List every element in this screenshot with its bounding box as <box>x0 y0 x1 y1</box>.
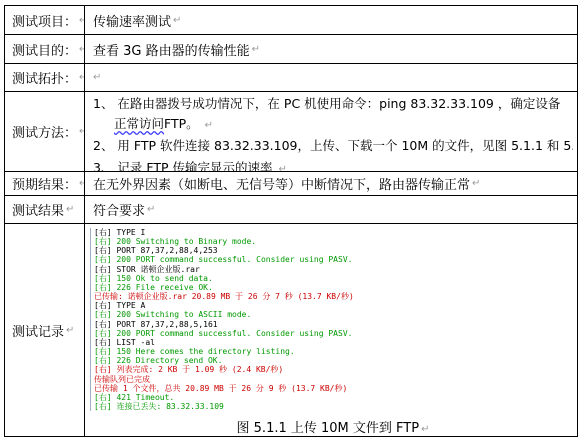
paragraph-mark: ↵ <box>66 204 74 215</box>
row-label-test-result: 测试结果 ↵ <box>5 196 85 223</box>
paragraph-mark: ↵ <box>421 424 429 435</box>
row-content-test-record: [右] TYPE I[右] 200 Switching to Binary mo… <box>85 224 577 436</box>
log-line: [右] 150 Here comes the directory listing… <box>94 347 573 356</box>
paragraph-mark: ↵ <box>205 120 213 131</box>
table-row-test-item: 测试项目： ↵ 传输速率测试 ↵ <box>5 6 577 34</box>
ftp-log: [右] TYPE I[右] 200 Switching to Binary mo… <box>90 228 573 411</box>
method-step-1: 1、 在路由器拨号成功情况下，在 PC 机使用命令：ping 83.32.33.… <box>93 94 573 114</box>
row-label-test-topology: 测试拓扑： ↵ <box>5 64 85 91</box>
method-step-3-text: 3、 记录 FTP 传输 <box>93 160 198 171</box>
log-line: [右] 200 PORT command successful. Conside… <box>94 255 573 264</box>
content-text: 查看 3G 路由器的传输性能 <box>93 40 250 59</box>
log-line: 传输队列已完成 <box>94 375 573 384</box>
method-step-2-text: 2、 用 FTP 软件连接 83.32.33.109，上传、下载一个 10M 的… <box>93 138 573 153</box>
method-step-1-text: 1、 在路由器拨号成功情况下，在 PC 机使用命令：ping 83.32.33.… <box>93 96 560 111</box>
row-content-test-topology: ↵ <box>85 64 577 91</box>
content-text: 传输速率测试 <box>93 11 171 30</box>
paragraph-mark: ↵ <box>93 72 101 83</box>
label-text: 测试记录 <box>12 321 64 340</box>
label-text: 测试目的： <box>12 40 77 59</box>
content-text: 符合要求 <box>93 200 145 219</box>
table-row-expected-result: 预期结果： ↵ 在无外界因素（如断电、无信号等）中断情况下，路由器传输正常 ↵ <box>5 171 577 195</box>
row-label-test-purpose: 测试目的： ↵ <box>5 35 85 63</box>
label-text: 测试项目： <box>12 11 77 30</box>
figure-caption: 图 5.1.1 上传 10M 文件到 FTP↵ <box>93 417 573 436</box>
row-content-test-purpose: 查看 3G 路由器的传输性能 ↵ <box>85 35 577 63</box>
label-text: 测试方法： <box>12 122 77 141</box>
test-report-table: 测试项目： ↵ 传输速率测试 ↵ 测试目的： ↵ 查看 3G 路由器的传输性能 … <box>4 5 578 437</box>
log-line: [右] 200 Switching to ASCII mode. <box>94 310 573 319</box>
table-row-test-topology: 测试拓扑： ↵ ↵ <box>5 63 577 91</box>
label-text: 测试拓扑： <box>12 68 77 87</box>
row-label-test-method: 测试方法： ↵ <box>5 92 85 171</box>
log-line: [右] 列表完成: 2 KB 于 1.09 秒 (2.4 KB/秒) <box>94 365 573 374</box>
table-row-test-purpose: 测试目的： ↵ 查看 3G 路由器的传输性能 ↵ <box>5 34 577 63</box>
row-content-test-item: 传输速率测试 ↵ <box>85 6 577 34</box>
log-line: [右] LIST -al <box>94 338 573 347</box>
row-label-expected-result: 预期结果： ↵ <box>5 172 85 195</box>
content-text: 在无外界因素（如断电、无信号等）中断情况下，路由器传输正常 <box>93 174 470 193</box>
row-content-expected-result: 在无外界因素（如断电、无信号等）中断情况下，路由器传输正常 ↵ <box>85 172 577 195</box>
paragraph-mark: ↵ <box>472 178 480 189</box>
log-line: [右] STOR 诺顿企业版.rar <box>94 265 573 274</box>
label-text: 预期结果： <box>12 174 77 193</box>
method-step-2: 2、 用 FTP 软件连接 83.32.33.109，上传、下载一个 10M 的… <box>93 136 573 158</box>
log-line: [右] TYPE I <box>94 228 573 237</box>
log-line: [右] 200 PORT command successful. Conside… <box>94 329 573 338</box>
log-line: 已传输 1 个文件，总共 20.89 MB 于 26 分 9 秒 (13.7 K… <box>94 384 573 393</box>
row-label-test-record: 测试记录 ↵ <box>5 224 85 436</box>
row-content-test-result: 符合要求 ↵ <box>85 196 577 223</box>
paragraph-mark: ↵ <box>252 44 260 55</box>
log-line: [右] 226 File receive OK. <box>94 283 573 292</box>
log-line: [右] 150 Ok to send data. <box>94 274 573 283</box>
paragraph-mark: ↵ <box>173 15 181 26</box>
method-step-3-tail: 的速率 <box>235 160 273 171</box>
grammar-underline: 正常访问 <box>114 116 164 131</box>
row-label-test-item: 测试项目： ↵ <box>5 6 85 34</box>
table-row-test-record: 测试记录 ↵ [右] TYPE I[右] 200 Switching to Bi… <box>5 223 577 436</box>
log-line: [右] 200 Switching to Binary mode. <box>94 237 573 246</box>
method-step-3: 3、 记录 FTP 传输完显示的速率 ↵ <box>93 158 573 171</box>
log-line: [右] 421 Timeout. <box>94 393 573 402</box>
paragraph-mark: ↵ <box>66 325 74 336</box>
grammar-underline: 完显示 <box>198 160 236 171</box>
row-content-test-method: 1、 在路由器拨号成功情况下，在 PC 机使用命令：ping 83.32.33.… <box>85 92 577 171</box>
table-row-test-result: 测试结果 ↵ 符合要求 ↵ <box>5 195 577 223</box>
log-line: [右] 连接已丢失: 83.32.33.109 <box>94 402 573 411</box>
figure-caption-text: 图 5.1.1 上传 10M 文件到 FTP <box>237 421 420 436</box>
label-text: 测试结果 <box>12 200 64 219</box>
method-step-1-wrap-text: FTP。 <box>164 116 199 131</box>
paragraph-mark: ↵ <box>279 164 287 171</box>
method-step-1-wrap: 正常访问FTP。 ↵ <box>93 114 573 136</box>
paragraph-mark: ↵ <box>147 204 155 215</box>
log-line: [右] PORT 87,37,2,88,5,161 <box>94 320 573 329</box>
log-line: [右] 226 Directory send OK. <box>94 356 573 365</box>
table-row-test-method: 测试方法： ↵ 1、 在路由器拨号成功情况下，在 PC 机使用命令：ping 8… <box>5 91 577 171</box>
log-line: 已传输: 诺顿企业版.rar 20.89 MB 于 26 分 7 秒 (13.7… <box>94 292 573 301</box>
